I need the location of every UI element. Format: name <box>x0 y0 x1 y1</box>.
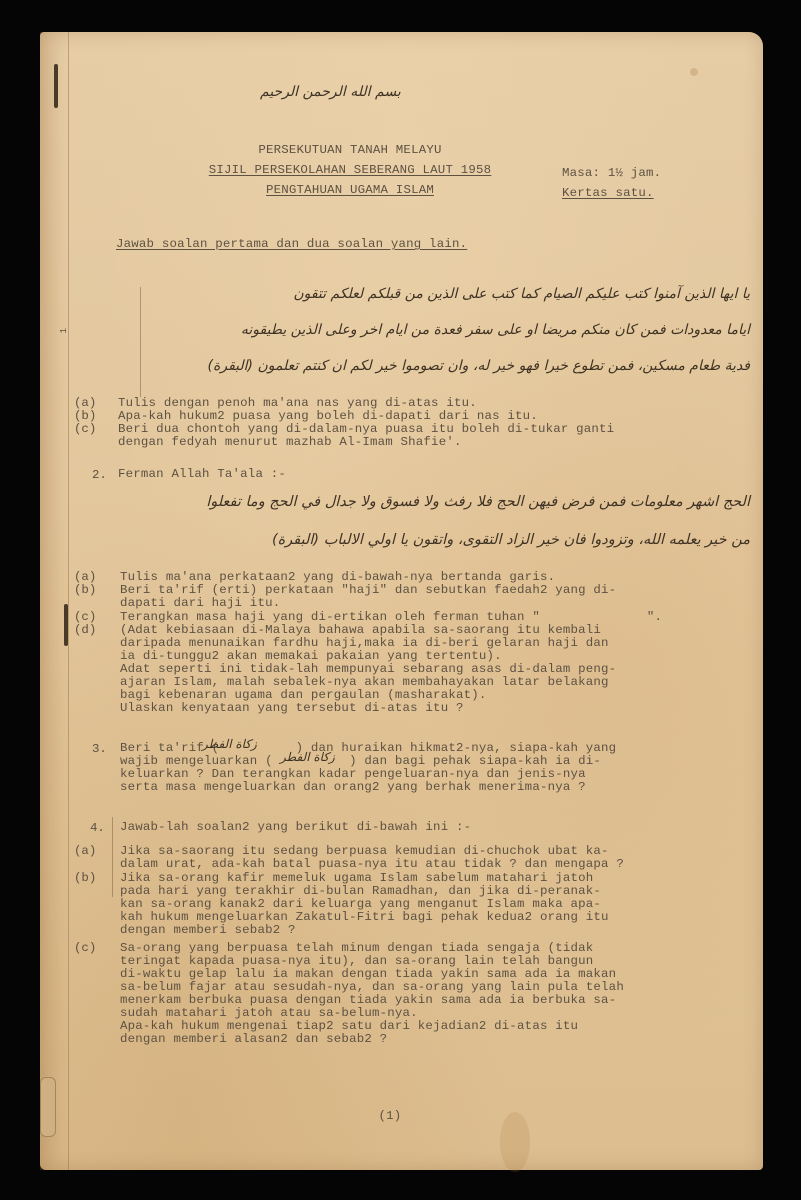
q4-intro: Jawab-lah soalan2 yang berikut di-bawah … <box>120 821 471 834</box>
q1-arabic-line-2: اياما معدودات فمن كان منكم مريضا او على … <box>150 322 750 338</box>
header-line-3: PENGTAHUAN UGAMA ISLAM <box>180 184 520 197</box>
q4-part-c-text-8: dengan memberi alasan2 dan sebab2 ? <box>120 1033 387 1046</box>
margin-line <box>140 287 141 397</box>
paper-number: Kertas satu. <box>562 187 654 200</box>
question-1-number: 1 <box>58 328 71 333</box>
q3-arabic-term-1: زكاة الفطر <box>202 737 257 751</box>
q2-part-d-label: (d) <box>74 624 96 637</box>
question-3-number: 3. <box>92 742 107 756</box>
page-number: (1) <box>340 1110 440 1123</box>
q2-part-b-text-2: dapati dari haji itu. <box>120 597 280 610</box>
exam-duration: Masa: 1½ jam. <box>562 167 661 180</box>
stain-spot <box>500 1112 530 1172</box>
q1-arabic-line-1: يا ايها الذين آمنوا كتب عليكم الصيام كما… <box>150 286 750 302</box>
q2-arabic-line-2: من خير يعلمه الله، وتزودوا فان خير الزاد… <box>110 532 750 548</box>
stain-spot <box>690 68 698 76</box>
q4-part-b-label: (b) <box>74 872 96 885</box>
exam-paper-page: بسم الله الرحمن الرحيم PERSEKUTUAN TANAH… <box>40 32 763 1170</box>
torn-edge <box>40 1077 56 1137</box>
q2-arabic-line-1: الحج اشهر معلومات فمن فرض فيهن الحج فلا … <box>110 494 750 510</box>
binding-strip <box>40 32 69 1170</box>
q4-part-a-label: (a) <box>74 845 96 858</box>
question-2-number: 2. <box>92 468 107 482</box>
q1-part-c-label: (c) <box>74 423 96 436</box>
staple-middle <box>64 604 68 646</box>
staple-top <box>54 64 58 108</box>
margin-line <box>112 817 113 897</box>
header-line-2: SIJIL PERSEKOLAHAN SEBERANG LAUT 1958 <box>180 164 520 177</box>
question-4-number: 4. <box>90 821 105 835</box>
header-line-1: PERSEKUTUAN TANAH MELAYU <box>180 144 520 157</box>
q2-intro: Ferman Allah Ta'ala :- <box>118 468 286 481</box>
q1-part-c-text-2: dengan fedyah menurut mazhab Al-Imam Sha… <box>118 436 462 449</box>
bismillah: بسم الله الرحمن الرحيم <box>260 84 401 100</box>
q2-part-b-label: (b) <box>74 584 96 597</box>
photo-scene: بسم الله الرحمن الرحيم PERSEKUTUAN TANAH… <box>0 0 801 1200</box>
q1-arabic-line-3: فدية طعام مسكين، فمن تطوع خيرا فهو خير ل… <box>150 358 750 374</box>
q4-part-b-text-5: dengan memberi sebab2 ? <box>120 924 296 937</box>
q3-text-4: serta masa mengeluarkan dan orang2 yang … <box>120 781 586 794</box>
exam-instruction: Jawab soalan pertama dan dua soalan yang… <box>116 238 467 251</box>
q3-arabic-term-2: زكاة الفطر <box>280 750 335 764</box>
q4-part-a-text-2: dalam urat, ada-kah batal puasa-nya itu … <box>120 858 624 871</box>
q2-part-d-text-7: Ulaskan kenyataan yang tersebut di-atas … <box>120 702 464 715</box>
q4-part-c-label: (c) <box>74 942 96 955</box>
